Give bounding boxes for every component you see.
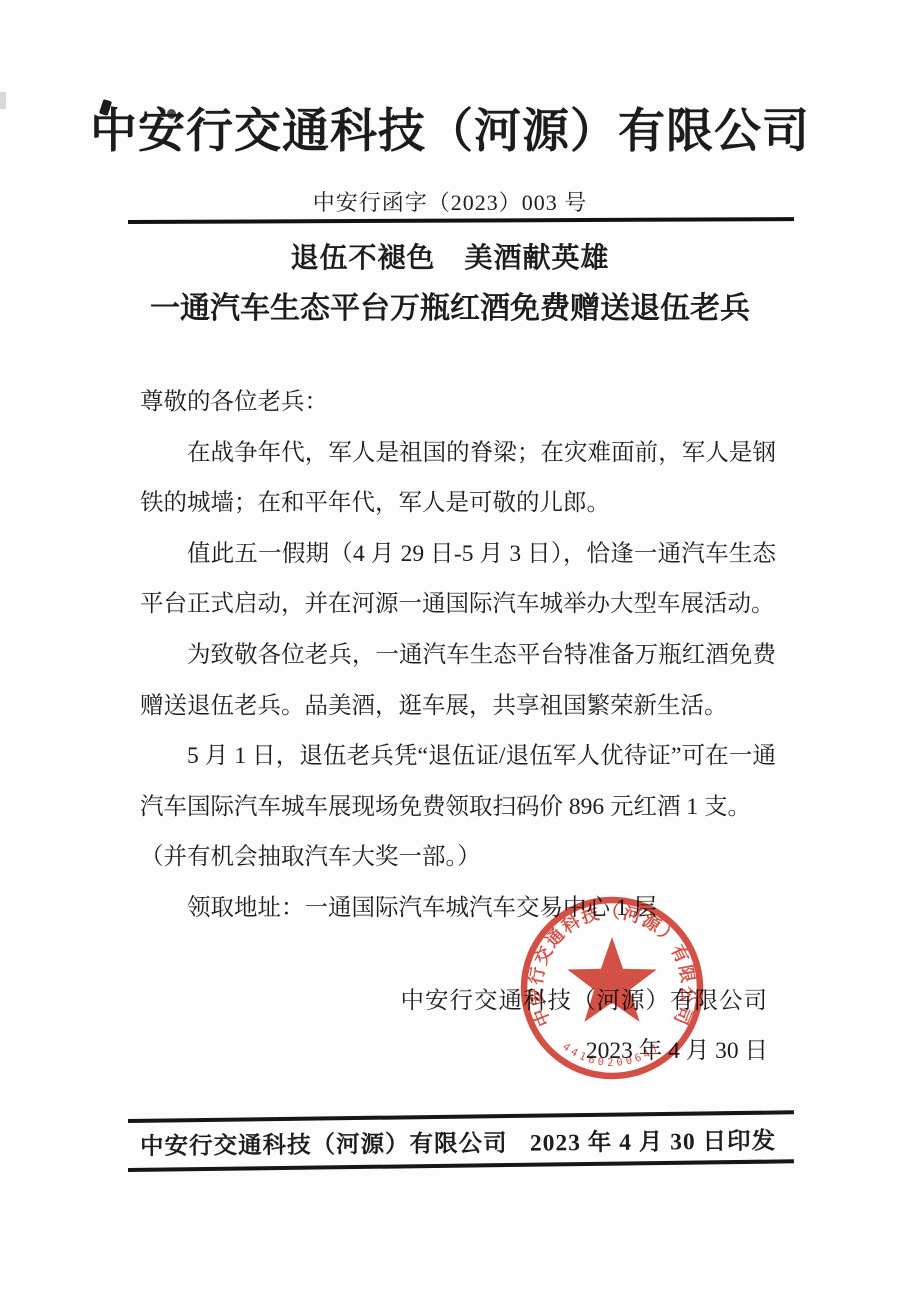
company-letterhead-title: 中安行交通科技（河源）有限公司 <box>0 104 900 160</box>
notice-headline-line1: 退伍不褪色 美酒献英雄 <box>0 236 900 276</box>
salutation: 尊敬的各位老兵： <box>140 377 776 428</box>
notice-body: 尊敬的各位老兵： 在战争年代，军人是祖国的脊梁；在灾难面前，军人是钢铁的城墙；在… <box>140 377 776 934</box>
body-paragraph: 5 月 1 日，退伍老兵凭“退伍证/退伍军人优待证”可在一通汽车国际汽车城车展现… <box>140 731 776 832</box>
document-page: 中安行交通科技（河源）有限公司 中安行函字（2023）003 号 退伍不褪色 美… <box>0 0 900 1301</box>
body-paragraph: （并有机会抽取汽车大奖一部。） <box>140 832 776 883</box>
letterhead-divider-rule <box>128 217 794 224</box>
star-icon <box>567 937 656 1022</box>
footer-rule-bottom <box>128 1159 794 1172</box>
footer-issue-date: 2023 年 4 月 30 日印发 <box>530 1121 776 1157</box>
footer-issue-line: 中安行交通科技（河源）有限公司 2023 年 4 月 30 日印发 <box>140 1121 776 1161</box>
footer-issuer: 中安行交通科技（河源）有限公司 <box>140 1124 508 1161</box>
body-paragraphs: 在战争年代，军人是祖国的脊梁；在灾难面前，军人是钢铁的城墙；在和平年代，军人是可… <box>140 428 776 934</box>
notice-headline-line2: 一通汽车生态平台万瓶红酒免费赠送退伍老兵 <box>0 283 900 327</box>
footer-rule-top <box>128 1110 794 1123</box>
body-paragraph: 为致敬各位老兵，一通汽车生态平台特准备万瓶红酒免费赠送退伍老兵。品美酒，逛车展，… <box>140 630 776 731</box>
document-number: 中安行函字（2023）003 号 <box>0 186 900 217</box>
company-seal-stamp: 中安行交通科技（河源）有限公司 44160200647 <box>513 889 711 1087</box>
body-paragraph: 在战争年代，军人是祖国的脊梁；在灾难面前，军人是钢铁的城墙；在和平年代，军人是可… <box>140 428 776 529</box>
body-paragraph: 值此五一假期（4 月 29 日-5 月 3 日），恰逢一通汽车生态平台正式启动，… <box>140 529 776 630</box>
